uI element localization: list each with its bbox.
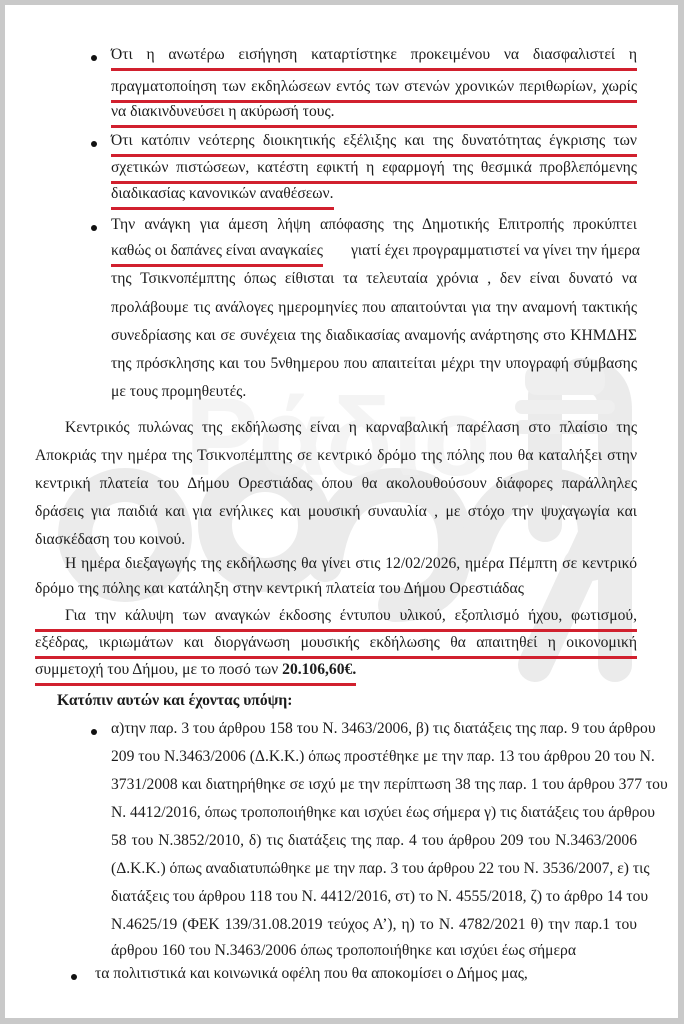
legal-line-1: α)την παρ. 3 του άρθρου 158 του Ν. 3463/… — [111, 719, 637, 739]
paragraph-1-line-3: κεντρική πλατεία του Δήμου Ορεστιάδας όπ… — [35, 474, 637, 494]
paragraph-1-line-1: Κεντρικός πυλώνας της εκδήλωσης είναι η … — [65, 418, 637, 438]
paragraph-3-line-3: συμμετοχή του Δήμου, με το ποσό των 20.1… — [35, 660, 356, 686]
paragraph-3-line-2: εξέδρας, ικριωμάτων και διοργάνωση μουσι… — [35, 633, 637, 659]
legal-line-8: Ν.4625/19 (ΦΕΚ 139/31.08.2019 τεύχος Α’)… — [111, 915, 637, 935]
legal-line-3: 3731/2008 και διατηρήθηκε σε ισχύ με την… — [111, 775, 637, 795]
document-page: Ράδιο Ότι η ανωτέρω εισήγηση καταρτίστηκ… — [5, 5, 678, 1018]
bullet-1-line-2: πραγματοποίηση των εκδηλώσεων εντός των … — [111, 77, 637, 103]
bullet-icon — [91, 141, 97, 147]
bullet-icon — [71, 974, 77, 980]
bullet-icon — [91, 225, 97, 231]
bullet-3-line-3: της Τσικνοπέμπτης όπως είθισται τα τελευ… — [111, 269, 637, 289]
paragraph-2-line-2: δρόμο της πόλης και κατάληξη στην κεντρι… — [35, 579, 524, 599]
paragraph-2-line-1: Η ημέρα διεξαγωγής της εκδήλωσης θα γίνε… — [65, 554, 637, 574]
section-heading: Κατόπιν αυτών και έχοντας υπόψη: — [57, 691, 292, 711]
legal-line-6: (Δ.Κ.Κ.) όπως αναδιατυπώθηκε με την παρ.… — [111, 859, 637, 879]
bullet-3-line-2-rest: γιατί έχει προγραμματιστεί να γίνει την … — [351, 241, 640, 261]
document-content: Ότι η ανωτέρω εισήγηση καταρτίστηκε προκ… — [5, 5, 678, 1018]
bullet-1-line-1: Ότι η ανωτέρω εισήγηση καταρτίστηκε προκ… — [111, 45, 637, 71]
bullet-1-line-3: να διακινδυνεύσει η ακύρωσή τους. — [111, 102, 637, 128]
paragraph-1-line-2: Αποκριάς την ημέρα της Τσικνοπέμπτης σε … — [35, 446, 637, 466]
bullet-2-line-3: διαδικασίας κανονικών αναθέσεων. — [111, 184, 334, 210]
benefits-line: τα πολιτιστικά και κοινωνικά οφέλη που θ… — [95, 964, 528, 984]
bullet-3-underlined-phrase: καθώς οι δαπάνες είναι αναγκαίες — [111, 241, 323, 267]
bullet-2-line-1: Ότι κατόπιν νεότερης διοικητικής εξέλιξη… — [111, 131, 637, 157]
bullet-icon — [91, 729, 97, 735]
legal-line-2: 209 του Ν.3463/2006 (Δ.Κ.Κ.) όπως προστέ… — [111, 747, 637, 767]
bullet-3-line-4: προλάβουμε τις ανάλογες ημερομηνίες που … — [111, 298, 637, 318]
bullet-3-line-7: με τους προμηθευτές. — [111, 382, 246, 402]
legal-line-9: άρθρου 160 του Ν.3463/2006 όπως τροποποι… — [111, 941, 576, 961]
paragraph-1-line-4: δράσεις για παιδιά και για ενήλικες και … — [35, 502, 637, 522]
bullet-icon — [91, 55, 97, 61]
legal-line-7: διατάξεις του άρθρου 118 του Ν. 4412/201… — [111, 887, 637, 907]
paragraph-3-line-1: Για την κάλυψη των αναγκών έκδοσης έντυπ… — [35, 606, 637, 632]
bullet-3-line-6: της πρόσκλησης και του 5νθημερου που απα… — [111, 354, 637, 374]
bullet-3-line-5: συνεδρίασης και σε συνέχεια της διαδικασ… — [111, 326, 637, 346]
paragraph-1-line-5: διασκέδαση του κοινού. — [35, 530, 185, 550]
amount-value: 20.106,60€. — [282, 661, 356, 678]
bullet-3-line-1: Την ανάγκη για άμεση λήψη απόφασης της Δ… — [111, 215, 637, 235]
legal-line-5: 58 του Ν.3852/2010, δ) τις διατάξεις της… — [111, 831, 637, 851]
legal-line-4: Ν. 4412/2016, όπως τροποποιήθηκε και ισχ… — [111, 803, 637, 823]
bullet-2-line-2: σχετικών πιστώσεων, κατέστη εφικτή η εφα… — [111, 158, 637, 184]
